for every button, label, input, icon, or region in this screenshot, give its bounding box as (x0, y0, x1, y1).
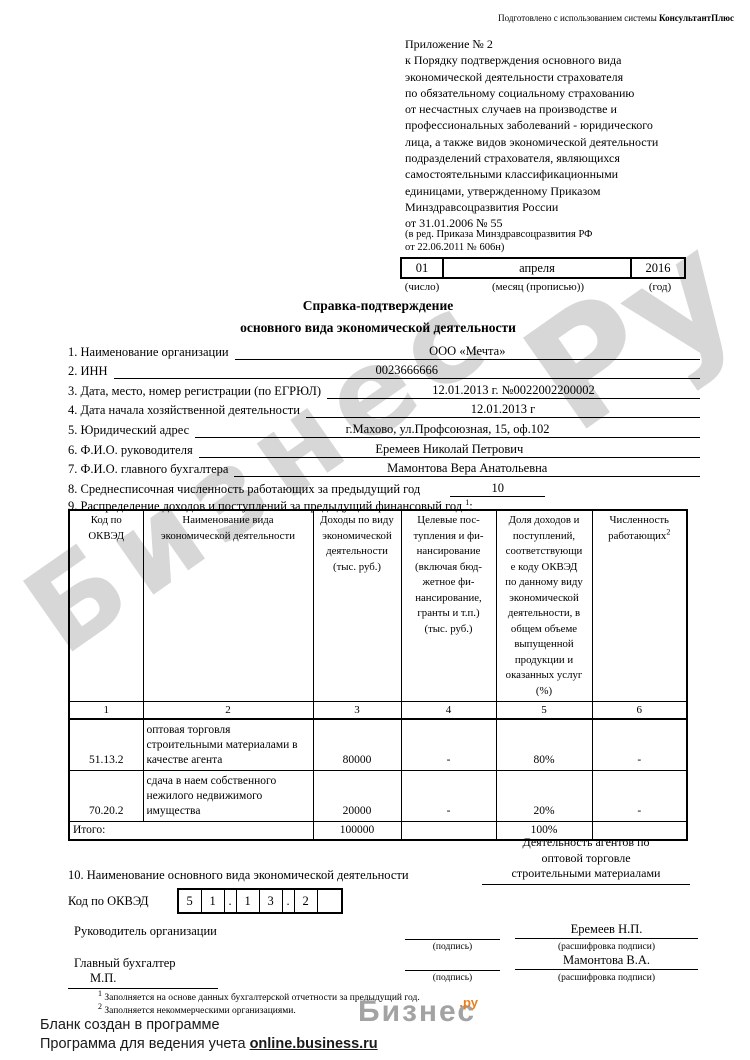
header-activity-name: Наименование вида экономической деятельн… (143, 510, 313, 702)
signature-name-caption: (расшифровка подписи) (515, 973, 698, 983)
header-workers-footnote-ref: 2 (666, 527, 670, 536)
document-page: Бизнес Ру Подготовлено с использованием … (0, 0, 750, 1060)
header-income: Доходы по виду экономической деятельност… (313, 510, 401, 702)
okved-cell: 1 (202, 890, 225, 912)
date-day-box: 01 (400, 257, 444, 279)
field-label: 2. ИНН (68, 364, 108, 379)
footnote-separator (68, 988, 218, 989)
field-label: 6. Ф.И.О. руководителя (68, 443, 193, 458)
okved-cell: 1 (237, 890, 260, 912)
okved-cell-empty (318, 890, 341, 912)
appendix-line: Минздравсоцразвития России (405, 199, 735, 215)
okved-cell: . (283, 890, 295, 912)
okved-cell: 3 (260, 890, 283, 912)
accountant-role-label: Главный бухгалтер (74, 956, 176, 971)
row-activity: сдача в наем собственного нежилого недви… (143, 771, 313, 822)
director-name-value: Еремеев Николай Петрович (199, 442, 700, 458)
appendix-line: лица, а также видов экономической деятел… (405, 134, 735, 150)
field-inn: 2. ИНН 0023666666 (68, 360, 700, 380)
date-month-box: апреля (442, 257, 632, 279)
col-num: 6 (592, 702, 687, 720)
row-target: - (401, 771, 496, 822)
okved-cell: 2 (295, 890, 318, 912)
appendix-line: экономической деятельности страхователя (405, 69, 735, 85)
col-num: 1 (69, 702, 143, 720)
fields-list: 1. Наименование организации ООО «Мечта» … (68, 340, 700, 514)
director-signature-name: Еремеев Н.П. (515, 922, 698, 939)
row-share: 80% (496, 719, 592, 771)
edition-line: (в ред. Приказа Минздравсоцразвития РФ (405, 228, 735, 241)
document-title-line1: Справка-подтверждение (68, 295, 688, 317)
appendix-line: к Порядку подтверждения основного вида (405, 52, 735, 68)
item10-label: 10. Наименование основного вида экономич… (68, 868, 409, 885)
field-accountant: 7. Ф.И.О. главного бухгалтера Мамонтова … (68, 458, 700, 478)
item10-main-activity: 10. Наименование основного вида экономич… (68, 835, 690, 885)
field-headcount: 8. Среднесписочная численность работающи… (68, 477, 700, 497)
date-year-label: (год) (632, 281, 688, 293)
okved-cell: . (225, 890, 237, 912)
document-title: Справка-подтверждение основного вида эко… (68, 295, 688, 339)
appendix-line: самостоятельными классификационными (405, 166, 735, 182)
header-target-receipts: Целевые пос- тупления и фи- нансирование… (401, 510, 496, 702)
headcount-value: 10 (450, 481, 545, 497)
field-label: 7. Ф.И.О. главного бухгалтера (68, 462, 228, 477)
row-activity: оптовая торговля строительными материала… (143, 719, 313, 771)
field-registration: 3. Дата, место, номер регистрации (по ЕГ… (68, 379, 700, 399)
director-role-label: Руководитель организации (74, 924, 217, 939)
main-activity-value: Деятельность агентов по оптовой торговле… (482, 835, 690, 885)
field-activity-start: 4. Дата начала хозяйственной деятельност… (68, 399, 700, 419)
activity-start-value: 12.01.2013 г (306, 402, 700, 418)
date-labels: (число) (месяц (прописью)) (год) (400, 281, 688, 293)
field-label: 8. Среднесписочная численность работающи… (68, 482, 420, 497)
accountant-signature-line (405, 970, 500, 971)
okved-code-boxes: 5 1 . 1 3 . 2 (177, 888, 343, 914)
table-row: 51.13.2 оптовая торговля строительными м… (69, 719, 687, 771)
row-okved-code: 51.13.2 (69, 719, 143, 771)
date-strip: 01 апреля 2016 (400, 257, 686, 279)
header-share: Доля доходов и поступлений, соответствую… (496, 510, 592, 702)
row-workers: - (592, 771, 687, 822)
row-share: 20% (496, 771, 592, 822)
organization-name-value: ООО «Мечта» (235, 344, 700, 360)
stamp-placeholder: М.П. (90, 971, 116, 986)
appendix-line: профессиональных заболеваний - юридическ… (405, 117, 735, 133)
director-signature-line (405, 939, 500, 940)
edition-note: (в ред. Приказа Минздравсоцразвития РФ о… (405, 228, 735, 254)
field-label: 3. Дата, место, номер регистрации (по ЕГ… (68, 384, 321, 399)
row-income: 80000 (313, 719, 401, 771)
accountant-signature-name: Мамонтова В.А. (515, 953, 698, 970)
appendix-line: единицами, утвержденному Приказом (405, 183, 735, 199)
registration-value: 12.01.2013 г. №0022002200002 (327, 383, 700, 399)
document-title-line2: основного вида экономической деятельност… (68, 317, 688, 339)
row-okved-code: 70.20.2 (69, 771, 143, 822)
logo-ru-accent: .ру (459, 993, 478, 1012)
okved-label: Код по ОКВЭД (68, 894, 149, 909)
field-label: 5. Юридический адрес (68, 423, 189, 438)
legal-address-value: г.Махово, ул.Профсоюзная, 15, оф.102 (195, 422, 700, 438)
date-year-box: 2016 (630, 257, 686, 279)
footer-line2: Программа для ведения учета online.busin… (40, 1035, 378, 1054)
row-target: - (401, 719, 496, 771)
footer: Бланк создан в программе Бизнес.ру Прогр… (40, 1016, 378, 1054)
signature-caption: (подпись) (405, 942, 500, 952)
appendix-line: по обязательному социальному страхованию (405, 85, 735, 101)
prepared-note-prefix: Подготовлено с использованием системы (498, 13, 659, 23)
header-okved-code: Код по ОКВЭД (69, 510, 143, 702)
field-organization: 1. Наименование организации ООО «Мечта» (68, 340, 700, 360)
business-ru-link[interactable]: online.business.ru (250, 1036, 378, 1052)
income-distribution-table: Код по ОКВЭД Наименование вида экономиче… (68, 509, 688, 841)
field-label: 1. Наименование организации (68, 345, 229, 360)
appendix-line: от несчастных случаев на производстве и (405, 101, 735, 117)
inn-value: 0023666666 (114, 363, 700, 379)
prepared-note-system: КонсультантПлюс (659, 13, 734, 23)
column-number-row: 1 2 3 4 5 6 (69, 702, 687, 720)
date-month-label: (месяц (прописью)) (444, 281, 632, 293)
accountant-name-value: Мамонтова Вера Анатольевна (234, 461, 700, 477)
date-day-label: (число) (400, 281, 444, 293)
table-row: 70.20.2 сдача в наем собственного нежило… (69, 771, 687, 822)
edition-line: от 22.06.2011 № 606н) (405, 241, 735, 254)
col-num: 3 (313, 702, 401, 720)
header-workers: Численность работающих2 (592, 510, 687, 702)
field-label: 4. Дата начала хозяйственной деятельност… (68, 403, 300, 418)
col-num: 2 (143, 702, 313, 720)
appendix-header: Приложение № 2 к Порядку подтверждения о… (405, 36, 735, 232)
footer-line1: Бланк создан в программе (40, 1016, 378, 1035)
field-director: 6. Ф.И.О. руководителя Еремеев Николай П… (68, 438, 700, 458)
signature-caption: (подпись) (405, 973, 500, 983)
business-ru-logo: Бизнес.ру (358, 1002, 476, 1021)
signature-name-caption: (расшифровка подписи) (515, 942, 698, 952)
okved-cell: 5 (179, 890, 202, 912)
prepared-note: Подготовлено с использованием системы Ко… (498, 13, 734, 23)
row-income: 20000 (313, 771, 401, 822)
table-header-row: Код по ОКВЭД Наименование вида экономиче… (69, 510, 687, 702)
field-legal-address: 5. Юридический адрес г.Махово, ул.Профсо… (68, 418, 700, 438)
signatures-block: Руководитель организации Еремеев Н.П. (п… (68, 922, 698, 988)
col-num: 4 (401, 702, 496, 720)
okved-code-row: Код по ОКВЭД 5 1 . 1 3 . 2 (68, 888, 343, 914)
row-workers: - (592, 719, 687, 771)
col-num: 5 (496, 702, 592, 720)
appendix-line: Приложение № 2 (405, 36, 735, 52)
appendix-line: подразделений страхователя, являющихся (405, 150, 735, 166)
